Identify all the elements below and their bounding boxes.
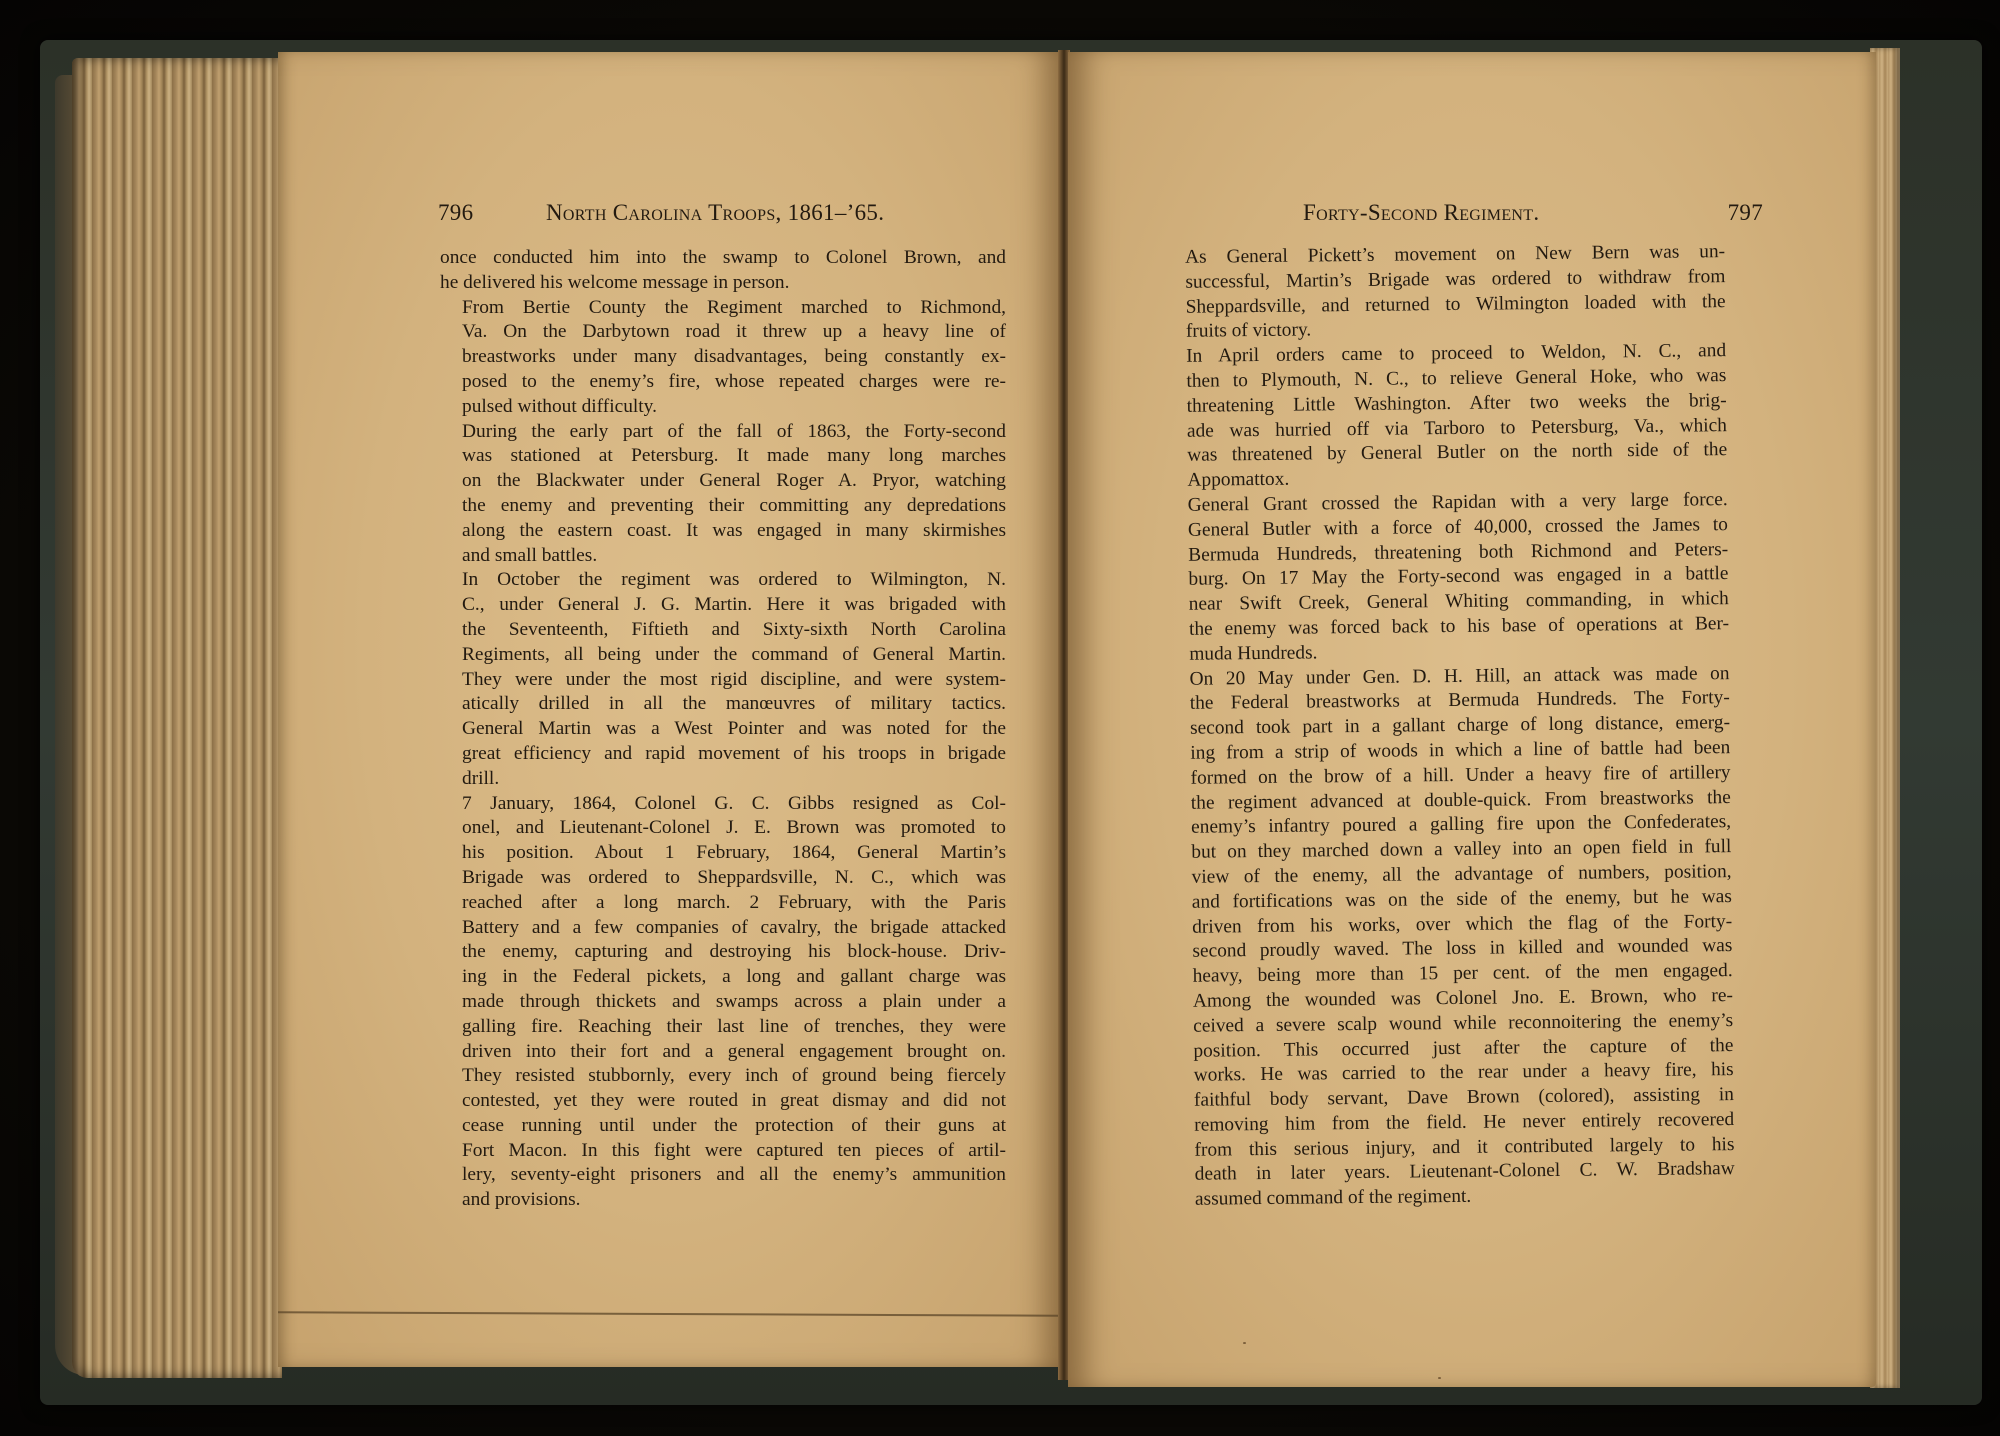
- page-edge-line: [278, 1311, 1060, 1316]
- left-page: 796 North Carolina Troops, 1861–’65. onc…: [278, 52, 1060, 1367]
- text-line: Brigade was ordered to Sheppardsville, N…: [440, 866, 1006, 891]
- paragraph: During the early part of the fall of 186…: [440, 420, 1006, 569]
- text-line: his position. About 1 February, 1864, Ge…: [440, 841, 1006, 866]
- text-line: the enemy and preventing their committin…: [440, 494, 1006, 519]
- text-line: ing in the Federal pickets, a long and g…: [440, 965, 1006, 990]
- right-running-head: Forty-Second Regiment. 797: [1163, 200, 1763, 226]
- text-line: 7 January, 1864, Colonel G. C. Gibbs res…: [440, 792, 1006, 817]
- text-line: onel, and Lieutenant-Colonel J. E. Brown…: [440, 816, 1006, 841]
- running-head-title: North Carolina Troops, 1861–’65.: [546, 200, 884, 226]
- text-line: Regiments, all being under the command o…: [440, 643, 1006, 668]
- text-line: along the eastern coast. It was engaged …: [440, 519, 1006, 544]
- text-line: During the early part of the fall of 186…: [440, 420, 1006, 445]
- paragraph: From Bertie County the Regiment marched …: [440, 296, 1006, 420]
- text-line: contested, yet they were routed in great…: [440, 1089, 1006, 1114]
- page-number: 797: [1728, 200, 1763, 226]
- text-line: galling fire. Reaching their last line o…: [440, 1015, 1006, 1040]
- book-photo-scene: 796 North Carolina Troops, 1861–’65. onc…: [0, 0, 2000, 1436]
- text-line: the Seventeenth, Fiftieth and Sixty-sixt…: [440, 618, 1006, 643]
- text-line: on the Blackwater under General Roger A.…: [440, 469, 1006, 494]
- text-line: and small battles.: [440, 544, 1006, 569]
- text-line: drill.: [440, 767, 1006, 792]
- running-head-title: Forty-Second Regiment.: [1303, 200, 1539, 226]
- text-line: assumed command of the regiment.: [1173, 1182, 1735, 1213]
- text-line: In October the regiment was ordered to W…: [440, 568, 1006, 593]
- paragraph: General Grant crossed the Rapidan with a…: [1166, 488, 1730, 667]
- text-line: General Martin was a West Pointer and wa…: [440, 717, 1006, 742]
- paper-fleck: [1243, 1342, 1246, 1344]
- left-page-block-edges: [72, 58, 282, 1378]
- text-line: driven into their fort and a general eng…: [440, 1040, 1006, 1065]
- text-line: made through thickets and swamps across …: [440, 990, 1006, 1015]
- paragraph: 7 January, 1864, Colonel G. C. Gibbs res…: [440, 792, 1006, 1214]
- text-line: From Bertie County the Regiment marched …: [440, 296, 1006, 321]
- text-line: great efficiency and rapid movement of h…: [440, 742, 1006, 767]
- paragraph: In October the regiment was ordered to W…: [440, 568, 1006, 791]
- text-line: C., under General J. G. Martin. Here it …: [440, 593, 1006, 618]
- text-line: Battery and a few companies of cavalry, …: [440, 916, 1006, 941]
- text-line: posed to the enemy’s fire, whose repeate…: [440, 370, 1006, 395]
- text-line: he delivered his welcome message in pers…: [440, 271, 1006, 296]
- paragraph: As General Pickett’s movement on New Ber…: [1163, 240, 1726, 345]
- text-line: lery, seventy-eight prisoners and all th…: [440, 1163, 1006, 1188]
- text-line: and provisions.: [440, 1188, 1006, 1213]
- paragraph: once conducted him into the swamp to Col…: [440, 246, 1006, 296]
- text-line: cease running until under the protection…: [440, 1114, 1006, 1139]
- text-line: Va. On the Darbytown road it threw up a …: [440, 320, 1006, 345]
- text-line: Fort Macon. In this fight were captured …: [440, 1139, 1006, 1164]
- text-line: reached after a long march. 2 February, …: [440, 891, 1006, 916]
- paragraph: On 20 May under Gen. D. H. Hill, an atta…: [1167, 662, 1735, 1213]
- right-page-body-text: As General Pickett’s movement on New Ber…: [1163, 240, 1735, 1213]
- paragraph: In April orders came to proceed to Weldo…: [1164, 339, 1728, 494]
- text-line: breastworks under many disadvantages, be…: [440, 345, 1006, 370]
- text-line: once conducted him into the swamp to Col…: [440, 246, 1006, 271]
- left-running-head: 796 North Carolina Troops, 1861–’65.: [438, 200, 1018, 226]
- text-line: the enemy, capturing and destroying his …: [440, 940, 1006, 965]
- left-page-body-text: once conducted him into the swamp to Col…: [440, 246, 1006, 1213]
- text-line: atically drilled in all the manœuvres of…: [440, 692, 1006, 717]
- text-line: was stationed at Petersburg. It made man…: [440, 444, 1006, 469]
- right-page: Forty-Second Regiment. 797 As General Pi…: [1068, 52, 1876, 1387]
- page-number: 796: [438, 200, 546, 226]
- text-line: They resisted stubbornly, every inch of …: [440, 1064, 1006, 1089]
- text-line: pulsed without difficulty.: [440, 395, 1006, 420]
- text-line: They were under the most rigid disciplin…: [440, 668, 1006, 693]
- paper-fleck: [1438, 1377, 1441, 1379]
